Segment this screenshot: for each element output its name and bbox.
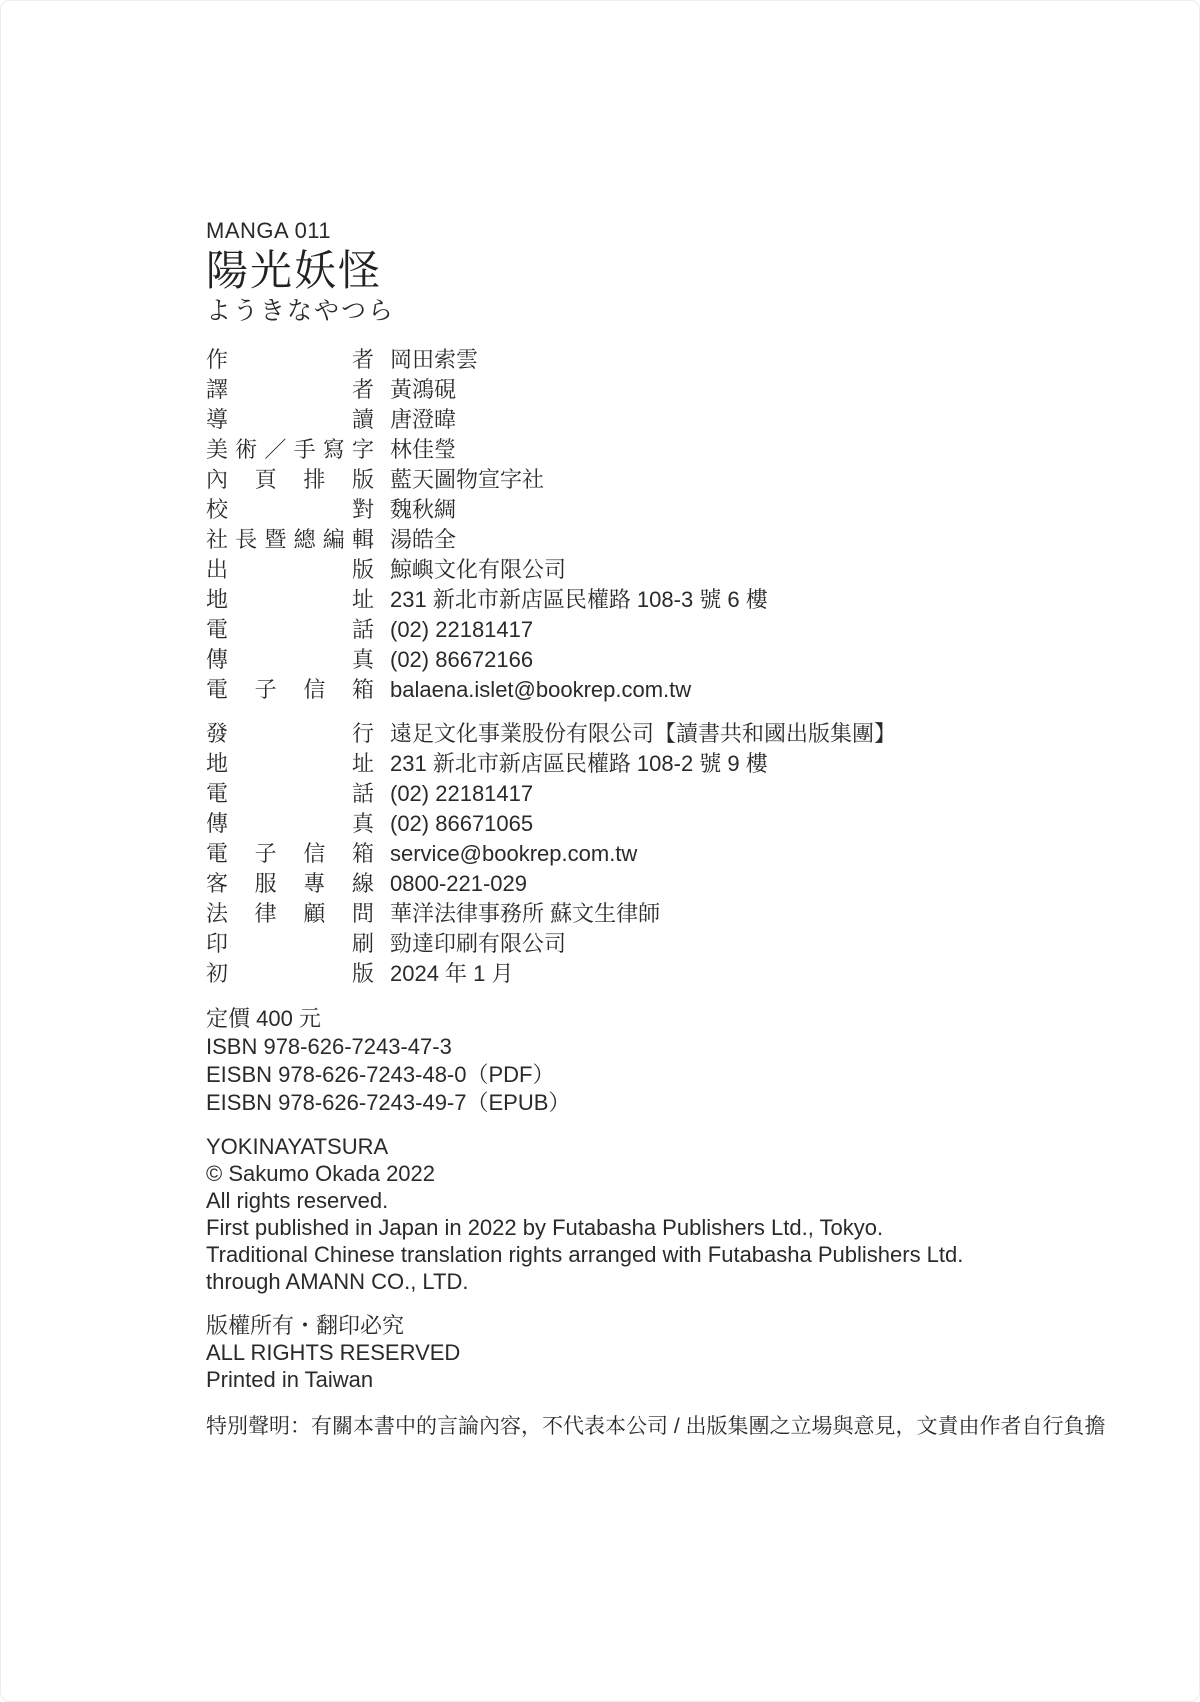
credit-row-email: 電子信箱 balaena.islet@bookrep.com.tw bbox=[206, 675, 1149, 705]
credit-value: 唐澄暐 bbox=[390, 405, 456, 435]
copyright-line: Traditional Chinese translation rights a… bbox=[206, 1241, 1149, 1268]
credit-row-layout: 內頁排版 藍天圖物宣字社 bbox=[206, 465, 1149, 495]
credit-value: 華洋法律事務所 蘇文生律師 bbox=[390, 899, 660, 929]
special-disclaimer: 特別聲明：有關本書中的言論內容，不代表本公司 / 出版集團之立場與意見，文責由作… bbox=[206, 1413, 1149, 1440]
credit-value: 岡田索雲 bbox=[390, 345, 478, 375]
credit-label: 電話 bbox=[206, 779, 374, 809]
printed-in-line: Printed in Taiwan bbox=[206, 1366, 1149, 1393]
credit-label: 傳真 bbox=[206, 645, 374, 675]
distributor-credits-block: 發行 遠足文化事業股份有限公司【讀書共和國出版集團】 地址 231 新北市新店區… bbox=[206, 719, 1149, 989]
credit-label: 校對 bbox=[206, 495, 374, 525]
book-subtitle-japanese: ようきなやつら bbox=[206, 297, 1149, 325]
credit-label: 導讀 bbox=[206, 405, 374, 435]
credit-row-fax: 傳真 (02) 86671065 bbox=[206, 809, 1149, 839]
rights-line-english: ALL RIGHTS RESERVED bbox=[206, 1339, 1149, 1366]
credit-row-guide: 導讀 唐澄暐 bbox=[206, 405, 1149, 435]
credit-label: 電話 bbox=[206, 615, 374, 645]
credit-row-phone: 電話 (02) 22181417 bbox=[206, 615, 1149, 645]
book-title: 陽光妖怪 bbox=[206, 249, 1149, 293]
credit-row-proofreading: 校對 魏秋綢 bbox=[206, 495, 1149, 525]
credit-value: 魏秋綢 bbox=[390, 495, 456, 525]
publisher-credits-block: 作者 岡田索雲 譯者 黃鴻硯 導讀 唐澄暐 美術／手寫字 林佳瑩 內頁排版 藍天… bbox=[206, 345, 1149, 705]
colophon-page: MANGA 011 陽光妖怪 ようきなやつら 作者 岡田索雲 譯者 黃鴻硯 導讀… bbox=[0, 0, 1200, 1702]
copyright-notice-block: YOKINAYATSURA © Sakumo Okada 2022 All ri… bbox=[206, 1133, 1149, 1295]
credit-label: 美術／手寫字 bbox=[206, 435, 374, 465]
credit-label: 法律顧問 bbox=[206, 899, 374, 929]
credit-value: 遠足文化事業股份有限公司【讀書共和國出版集團】 bbox=[390, 719, 896, 749]
credit-value: 231 新北市新店區民權路 108-3 號 6 樓 bbox=[390, 585, 768, 615]
eisbn-pdf-line: EISBN 978-626-7243-48-0（PDF） bbox=[206, 1061, 1149, 1089]
credit-value: 勁達印刷有限公司 bbox=[390, 929, 566, 959]
copyright-line: through AMANN CO., LTD. bbox=[206, 1268, 1149, 1295]
credit-value: (02) 22181417 bbox=[390, 779, 533, 809]
credit-value: service@bookrep.com.tw bbox=[390, 839, 637, 869]
credit-label: 譯者 bbox=[206, 375, 374, 405]
credit-value: 湯皓全 bbox=[390, 525, 456, 555]
credit-label: 印刷 bbox=[206, 929, 374, 959]
credit-value: 黃鴻硯 bbox=[390, 375, 456, 405]
credit-label: 作者 bbox=[206, 345, 374, 375]
credit-row-phone: 電話 (02) 22181417 bbox=[206, 779, 1149, 809]
colophon-content: MANGA 011 陽光妖怪 ようきなやつら 作者 岡田索雲 譯者 黃鴻硯 導讀… bbox=[206, 219, 1149, 1440]
isbn-line: ISBN 978-626-7243-47-3 bbox=[206, 1033, 1149, 1061]
credit-row-chief-editor: 社長暨總編輯 湯皓全 bbox=[206, 525, 1149, 555]
credit-label: 地址 bbox=[206, 585, 374, 615]
credit-row-first-edition: 初版 2024 年 1 月 bbox=[206, 959, 1149, 989]
credit-label: 電子信箱 bbox=[206, 839, 374, 869]
credit-row-service-hotline: 客服專線 0800-221-029 bbox=[206, 869, 1149, 899]
credit-row-address: 地址 231 新北市新店區民權路 108-3 號 6 樓 bbox=[206, 585, 1149, 615]
credit-row-distributor: 發行 遠足文化事業股份有限公司【讀書共和國出版集團】 bbox=[206, 719, 1149, 749]
credit-value: (02) 22181417 bbox=[390, 615, 533, 645]
price-line: 定價 400 元 bbox=[206, 1005, 1149, 1033]
copyright-line: All rights reserved. bbox=[206, 1187, 1149, 1214]
credit-row-address: 地址 231 新北市新店區民權路 108-2 號 9 樓 bbox=[206, 749, 1149, 779]
credit-row-legal-advisor: 法律顧問 華洋法律事務所 蘇文生律師 bbox=[206, 899, 1149, 929]
eisbn-epub-line: EISBN 978-626-7243-49-7（EPUB） bbox=[206, 1089, 1149, 1117]
credit-value: 鯨嶼文化有限公司 bbox=[390, 555, 566, 585]
credit-row-author: 作者 岡田索雲 bbox=[206, 345, 1149, 375]
credit-label: 發行 bbox=[206, 719, 374, 749]
rights-line-chinese: 版權所有・翻印必究 bbox=[206, 1312, 1149, 1339]
copyright-line: First published in Japan in 2022 by Futa… bbox=[206, 1214, 1149, 1241]
credit-row-translator: 譯者 黃鴻硯 bbox=[206, 375, 1149, 405]
credit-value: 231 新北市新店區民權路 108-2 號 9 樓 bbox=[390, 749, 768, 779]
credit-label: 出版 bbox=[206, 555, 374, 585]
credit-value: 2024 年 1 月 bbox=[390, 959, 514, 989]
credit-row-publisher: 出版 鯨嶼文化有限公司 bbox=[206, 555, 1149, 585]
rights-reserved-block: 版權所有・翻印必究 ALL RIGHTS RESERVED Printed in… bbox=[206, 1312, 1149, 1393]
credit-label: 客服專線 bbox=[206, 869, 374, 899]
credit-label: 初版 bbox=[206, 959, 374, 989]
copyright-line: © Sakumo Okada 2022 bbox=[206, 1160, 1149, 1187]
credit-row-printer: 印刷 勁達印刷有限公司 bbox=[206, 929, 1149, 959]
credit-label: 地址 bbox=[206, 749, 374, 779]
credit-value: (02) 86672166 bbox=[390, 645, 533, 675]
credit-value: 0800-221-029 bbox=[390, 869, 527, 899]
credit-value: (02) 86671065 bbox=[390, 809, 533, 839]
credit-label: 電子信箱 bbox=[206, 675, 374, 705]
credit-label: 傳真 bbox=[206, 809, 374, 839]
credit-value: 藍天圖物宣字社 bbox=[390, 465, 544, 495]
credit-label: 內頁排版 bbox=[206, 465, 374, 495]
credit-row-fax: 傳真 (02) 86672166 bbox=[206, 645, 1149, 675]
credit-value: 林佳瑩 bbox=[390, 435, 456, 465]
pricing-isbn-block: 定價 400 元 ISBN 978-626-7243-47-3 EISBN 97… bbox=[206, 1005, 1149, 1117]
original-title-romaji: YOKINAYATSURA bbox=[206, 1133, 1149, 1160]
credit-label: 社長暨總編輯 bbox=[206, 525, 374, 555]
credit-row-art-lettering: 美術／手寫字 林佳瑩 bbox=[206, 435, 1149, 465]
credit-value: balaena.islet@bookrep.com.tw bbox=[390, 675, 691, 705]
credit-row-email: 電子信箱 service@bookrep.com.tw bbox=[206, 839, 1149, 869]
series-label: MANGA 011 bbox=[206, 219, 1149, 243]
